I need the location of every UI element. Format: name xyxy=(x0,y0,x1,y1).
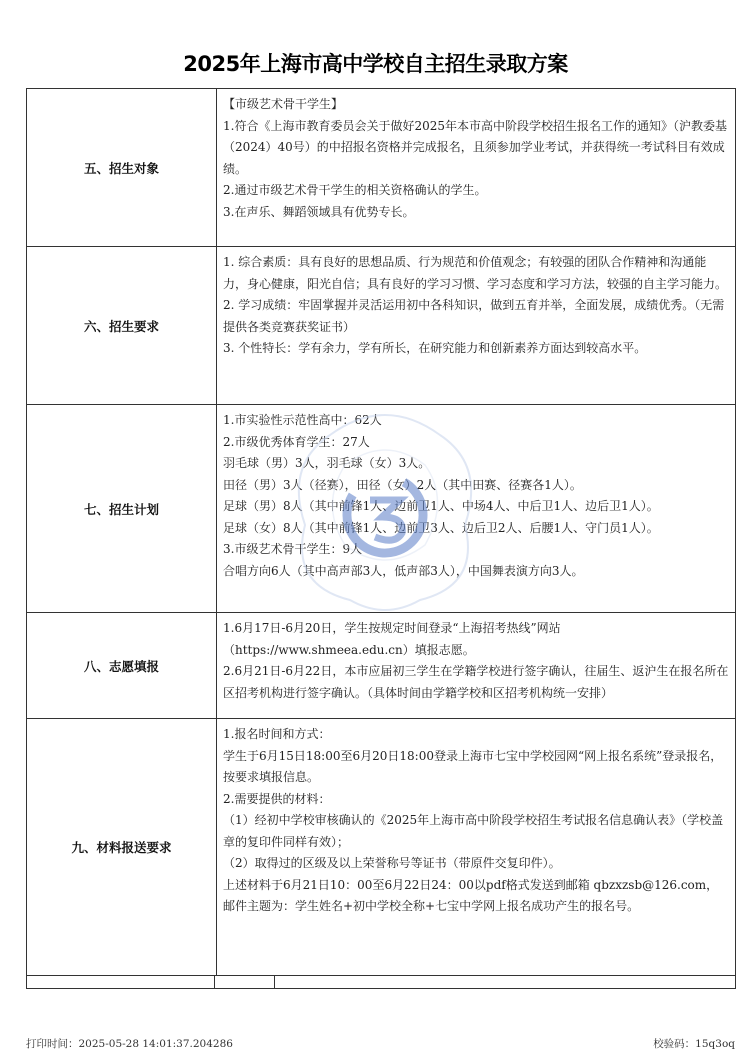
content-line: 足球（男）8人（其中前锋1人、边前卫1人、中场4人、中后卫1人、边后卫1人）。 xyxy=(223,496,729,518)
section-label: 七、招生计划 xyxy=(27,405,217,613)
content-line: 1.符合《上海市教育委员会关于做好2025年本市高中阶段学校招生报名工作的通知》… xyxy=(223,116,729,181)
content-line: 田径（男）3人（径赛），田径（女）2人（其中田赛、径赛各1人）。 xyxy=(223,475,729,497)
content-line: 1.市实验性示范性高中：62人 xyxy=(223,410,729,432)
table-row: 七、招生计划 1.市实验性示范性高中：62人 2.市级优秀体育学生：27人 羽毛… xyxy=(27,405,736,613)
verify-code: 校验码：15q3oq xyxy=(653,1036,735,1051)
section-content: 【市级艺术骨干学生】 1.符合《上海市教育委员会关于做好2025年本市高中阶段学… xyxy=(217,89,736,247)
document-title: 2025年上海市高中学校自主招生录取方案 xyxy=(0,48,751,78)
content-line: 上述材料于6月21日10：00至6月22日24：00以pdf格式发送到邮箱 qb… xyxy=(223,875,729,918)
section-label: 九、材料报送要求 xyxy=(27,719,217,976)
content-line: 【市级艺术骨干学生】 xyxy=(223,94,729,116)
content-line: 2.需要提供的材料： xyxy=(223,789,729,811)
content-line: 1.6月17日-6月20日，学生按规定时间登录“上海招考热线”网站（https:… xyxy=(223,618,729,661)
section-content: 1.市实验性示范性高中：62人 2.市级优秀体育学生：27人 羽毛球（男）3人，… xyxy=(217,405,736,613)
table-row: 八、志愿填报 1.6月17日-6月20日，学生按规定时间登录“上海招考热线”网站… xyxy=(27,613,736,719)
print-time: 打印时间：2025-05-28 14:01:37.204286 xyxy=(26,1036,233,1051)
content-line: （2）取得过的区级及以上荣誉称号等证书（带原件交复印件）。 xyxy=(223,853,729,875)
section-label: 八、志愿填报 xyxy=(27,613,217,719)
content-line: 足球（女）8人（其中前锋1人、边前卫3人、边后卫2人、后腰1人、守门员1人）。 xyxy=(223,518,729,540)
footer-cell xyxy=(27,976,215,989)
content-line: 1. 综合素质：具有良好的思想品质、行为规范和价值观念；有较强的团队合作精神和沟… xyxy=(223,252,729,295)
section-content: 1.报名时间和方式： 学生于6月15日18:00至6月20日18:00登录上海市… xyxy=(217,719,736,976)
content-line: 2.6月21日-6月22日，本市应届初三学生在学籍学校进行签字确认，往届生、返沪… xyxy=(223,661,729,704)
table-row: 九、材料报送要求 1.报名时间和方式： 学生于6月15日18:00至6月20日1… xyxy=(27,719,736,976)
table-row: 六、招生要求 1. 综合素质：具有良好的思想品质、行为规范和价值观念；有较强的团… xyxy=(27,247,736,405)
content-line: 羽毛球（男）3人，羽毛球（女）3人。 xyxy=(223,453,729,475)
content-line: 2. 学习成绩：牢固掌握并灵活运用初中各科知识，做到五育并举，全面发展，成绩优秀… xyxy=(223,295,729,338)
section-content: 1.6月17日-6月20日，学生按规定时间登录“上海招考热线”网站（https:… xyxy=(217,613,736,719)
content-line: 2.市级优秀体育学生：27人 xyxy=(223,432,729,454)
footer-cell xyxy=(275,976,736,989)
content-line: 3.在声乐、舞蹈领域具有优势专长。 xyxy=(223,202,729,224)
admission-plan-table: 五、招生对象 【市级艺术骨干学生】 1.符合《上海市教育委员会关于做好2025年… xyxy=(26,88,736,976)
section-label: 六、招生要求 xyxy=(27,247,217,405)
section-label: 五、招生对象 xyxy=(27,89,217,247)
content-line: 学生于6月15日18:00至6月20日18:00登录上海市七宝中学校园网“网上报… xyxy=(223,746,729,789)
content-line: （1）经初中学校审核确认的《2025年上海市高中阶段学校招生考试报名信息确认表》… xyxy=(223,810,729,853)
table-footer-row xyxy=(26,975,736,989)
content-line: 合唱方向6人（其中高声部3人，低声部3人），中国舞表演方向3人。 xyxy=(223,561,729,583)
content-line: 1.报名时间和方式： xyxy=(223,724,729,746)
table-row: 五、招生对象 【市级艺术骨干学生】 1.符合《上海市教育委员会关于做好2025年… xyxy=(27,89,736,247)
content-line: 3. 个性特长：学有余力，学有所长，在研究能力和创新素养方面达到较高水平。 xyxy=(223,338,729,360)
footer-cell xyxy=(215,976,275,989)
content-line: 3.市级艺术骨干学生：9人 xyxy=(223,539,729,561)
content-line: 2.通过市级艺术骨干学生的相关资格确认的学生。 xyxy=(223,180,729,202)
section-content: 1. 综合素质：具有良好的思想品质、行为规范和价值观念；有较强的团队合作精神和沟… xyxy=(217,247,736,405)
